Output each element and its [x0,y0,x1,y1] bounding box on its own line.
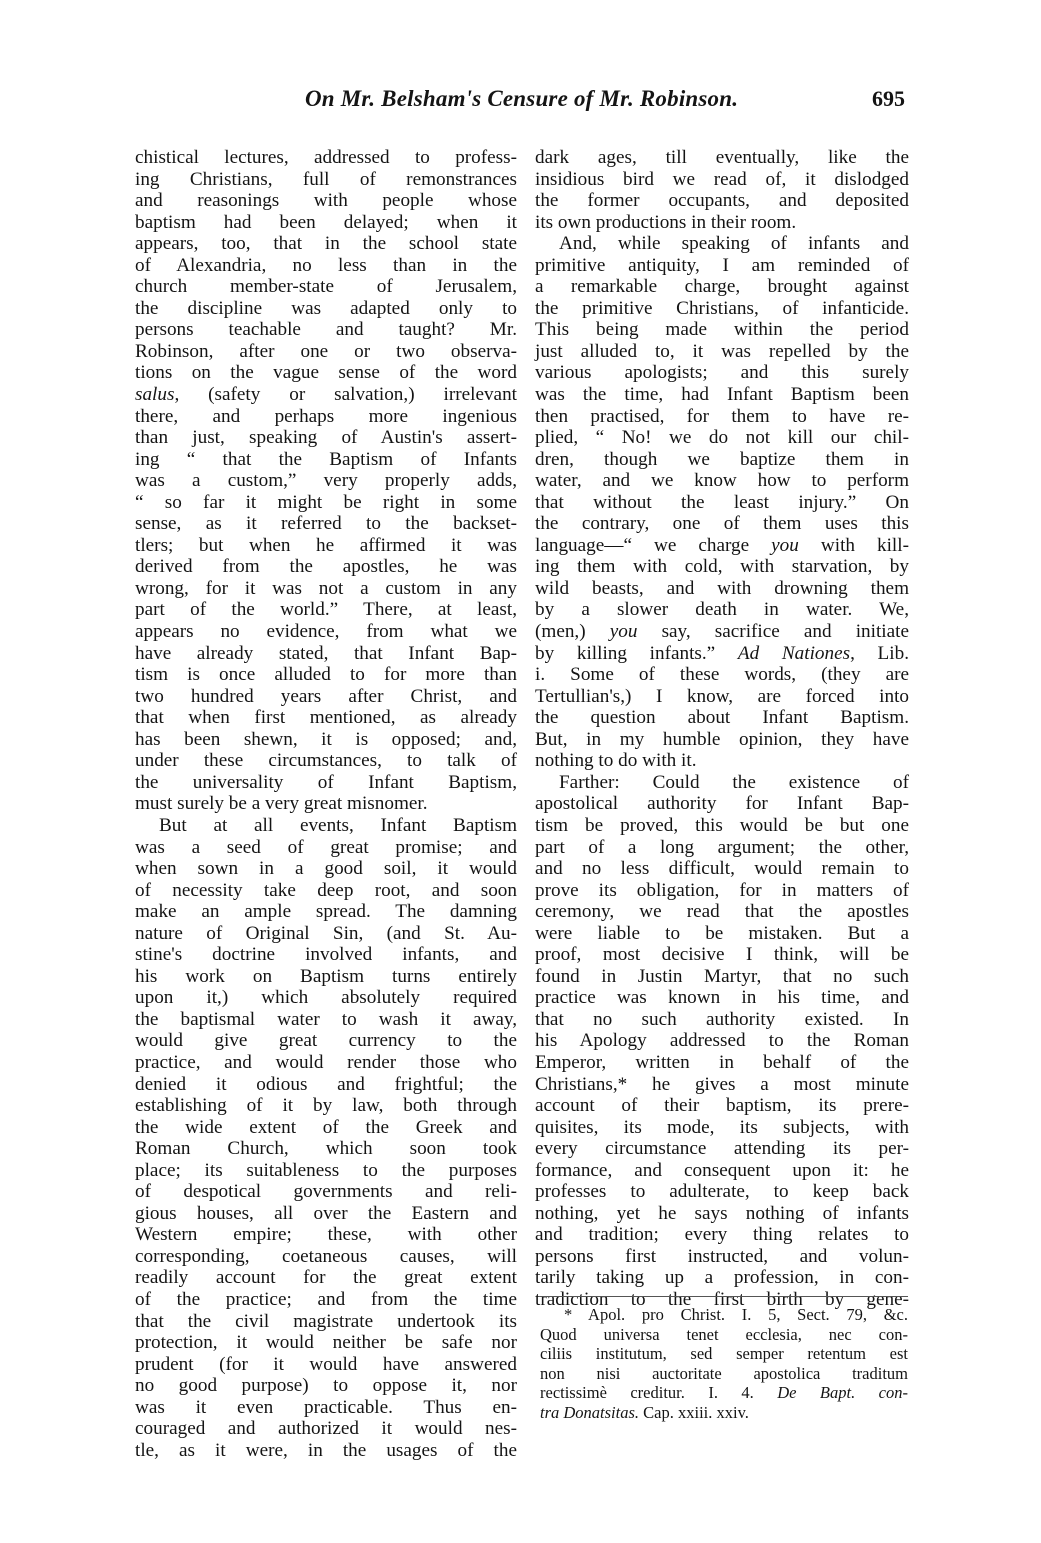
text-line: sense, as it referred to the backset- [135,513,517,535]
text-line: Farther: Could the existence of [535,772,909,794]
left-column: chistical lectures, addressed to profess… [135,147,517,1461]
text-line: But, in my humble opinion, they have [535,729,909,751]
text-line: corresponding, coetaneous causes, will [135,1246,517,1268]
text-line: no good purpose) to oppose it, nor [135,1375,517,1397]
text-line: must surely be a very great misnomer. [135,793,517,815]
text-line: account of their baptism, its prere- [535,1095,909,1117]
text-line: “ so far it might be right in some [135,492,517,514]
text-line: tism is once alluded to for more than [135,664,517,686]
text-line: baptism had been delayed; when it [135,212,517,234]
text-line: professes to adulterate, to keep back [535,1181,909,1203]
text-line: the contrary, one of them uses this [535,513,909,535]
text-line: tra Donatsitas. Cap. xxiii. xxiv. [540,1403,908,1423]
text-line: would give great currency to the [135,1030,517,1052]
text-line: formance, and consequent upon it: he [535,1160,909,1182]
text-line: Robinson, after one or two observa- [135,341,517,363]
text-line: was a custom,” very properly adds, [135,470,517,492]
text-line: of the practice; and from the time [135,1289,517,1311]
text-line: establishing of it by law, both through [135,1095,517,1117]
running-head: On Mr. Belsham's Censure of Mr. Robinson… [0,86,1041,122]
text-line: place; its suitableness to the purposes [135,1160,517,1182]
text-line: the universality of Infant Baptism, [135,772,517,794]
text-line: nothing, yet he says nothing of infants [535,1203,909,1225]
text-line: found in Justin Martyr, that no such [535,966,909,988]
text-line: that the civil magistrate undertook its [135,1311,517,1333]
text-line: ing “ that the Baptism of Infants [135,449,517,471]
text-line: language—“ we charge you with kill- [535,535,909,557]
text-line: insidious bird we read of, it dislodged [535,169,909,191]
text-line: tlers; but when he affirmed it was [135,535,517,557]
text-line: part of a long argument; the other, [535,837,909,859]
text-line: has been shewn, it is opposed; and, [135,729,517,751]
text-line: primitive antiquity, I am reminded of [535,255,909,277]
text-line: appears no evidence, from what we [135,621,517,643]
right-column: dark ages, till eventually, like theinsi… [535,147,909,1311]
text-line: then practised, for them to have re- [535,406,909,428]
text-line: ceremony, we read that the apostles [535,901,909,923]
text-line: two hundred years after Christ, and [135,686,517,708]
text-line: of necessity take deep root, and soon [135,880,517,902]
text-line: under these circumstances, to talk of [135,750,517,772]
footnote-rule [540,1296,908,1297]
text-line: couraged and authorized it would nes- [135,1418,517,1440]
text-line: This being made within the period [535,319,909,341]
text-line: the wide extent of the Greek and [135,1117,517,1139]
text-line: water, and we know how to perform [535,470,909,492]
text-line: his work on Baptism turns entirely [135,966,517,988]
text-line: by killing infants.” Ad Nationes, Lib. [535,643,909,665]
text-line: have already stated, that Infant Bap- [135,643,517,665]
text-line: and reasonings with people whose [135,190,517,212]
text-line: proof, most decisive I think, will be [535,944,909,966]
text-line: And, while speaking of infants and [535,233,909,255]
text-line: just alluded to, it was repelled by the [535,341,909,363]
footnote: * Apol. pro Christ. I. 5, Sect. 79, &c.Q… [540,1305,908,1423]
text-line: practice was known in his time, and [535,987,909,1009]
text-line: salus, (safety or salvation,) irrelevant [135,384,517,406]
text-line: was the time, had Infant Baptism been [535,384,909,406]
text-line: ciliis institutum, sed semper retentum e… [540,1344,908,1364]
text-line: its own productions in their room. [535,212,909,234]
text-line: ing them with cold, with starvation, by [535,556,909,578]
text-line: nothing to do with it. [535,750,909,772]
text-line: a remarkable charge, brought against [535,276,909,298]
text-line: ing Christians, full of remonstrances [135,169,517,191]
text-line: that no such authority existed. In [535,1009,909,1031]
text-line: the primitive Christians, of infanticide… [535,298,909,320]
text-line: and no less difficult, would remain to [535,858,909,880]
text-line: Emperor, written in behalf of the [535,1052,909,1074]
text-line: i. Some of these words, (they are [535,664,909,686]
text-line: the baptismal water to wash it away, [135,1009,517,1031]
text-line: Quod universa tenet ecclesia, nec con- [540,1325,908,1345]
text-line: persons first instructed, and volun- [535,1246,909,1268]
text-line: But at all events, Infant Baptism [135,815,517,837]
text-line: make an ample spread. The damning [135,901,517,923]
text-line: denied it odious and frightful; the [135,1074,517,1096]
text-line: church member-state of Jerusalem, [135,276,517,298]
text-line: the question about Infant Baptism. [535,707,909,729]
text-line: dren, though we baptize them in [535,449,909,471]
text-line: non nisi auctoritate apostolica traditum [540,1364,908,1384]
page-number: 695 [872,86,905,112]
text-line: (men,) you say, sacrifice and initiate [535,621,909,643]
text-line: chistical lectures, addressed to profess… [135,147,517,169]
text-line: his Apology addressed to the Roman [535,1030,909,1052]
text-line: Tertullian's,) I know, are forced into [535,686,909,708]
text-line: that when first mentioned, as already [135,707,517,729]
text-line: there, and perhaps more ingenious [135,406,517,428]
text-line: than just, speaking of Austin's assert- [135,427,517,449]
text-line: dark ages, till eventually, like the [535,147,909,169]
text-line: every circumstance attending its per- [535,1138,909,1160]
text-line: * Apol. pro Christ. I. 5, Sect. 79, &c. [540,1305,908,1325]
text-line: prove its obligation, for in matters of [535,880,909,902]
text-line: by a slower death in water. We, [535,599,909,621]
text-line: were liable to be mistaken. But a [535,923,909,945]
text-line: Roman Church, which soon took [135,1138,517,1160]
text-line: tism be proved, this would be but one [535,815,909,837]
text-line: of Alexandria, no less than in the [135,255,517,277]
text-line: nature of Original Sin, (and St. Au- [135,923,517,945]
text-line: and tradition; every thing relates to [535,1224,909,1246]
text-line: tarily taking up a profession, in con- [535,1267,909,1289]
text-line: tions on the vague sense of the word [135,362,517,384]
text-line: the discipline was adapted only to [135,298,517,320]
text-line: plied, “ No! we do not kill our chil- [535,427,909,449]
text-line: wild beasts, and with drowning them [535,578,909,600]
text-line: protection, it would neither be safe nor [135,1332,517,1354]
text-line: appears, too, that in the school state [135,233,517,255]
text-line: stine's doctrine involved infants, and [135,944,517,966]
text-line: that without the least injury.” On [535,492,909,514]
text-line: prudent (for it would have answered [135,1354,517,1376]
text-line: gious houses, all over the Eastern and [135,1203,517,1225]
text-line: tle, as it were, in the usages of the [135,1440,517,1462]
text-line: readily account for the great extent [135,1267,517,1289]
text-line: the former occupants, and deposited [535,190,909,212]
text-line: practice, and would render those who [135,1052,517,1074]
text-line: was a seed of great promise; and [135,837,517,859]
text-line: derived from the apostles, he was [135,556,517,578]
text-line: quisites, its mode, its subjects, with [535,1117,909,1139]
text-line: various apologists; and this surely [535,362,909,384]
text-line: was it even practicable. Thus en- [135,1397,517,1419]
text-line: of despotical governments and reli- [135,1181,517,1203]
text-line: apostolical authority for Infant Bap- [535,793,909,815]
running-title: On Mr. Belsham's Censure of Mr. Robinson… [305,86,738,112]
text-line: Western empire; these, with other [135,1224,517,1246]
text-line: when sown in a good soil, it would [135,858,517,880]
text-line: part of the world.” There, at least, [135,599,517,621]
text-line: Christians,* he gives a most minute [535,1074,909,1096]
text-line: persons teachable and taught? Mr. [135,319,517,341]
text-line: rectissimè creditur. I. 4. De Bapt. con- [540,1383,908,1403]
text-line: wrong, for it was not a custom in any [135,578,517,600]
text-line: upon it,) which absolutely required [135,987,517,1009]
